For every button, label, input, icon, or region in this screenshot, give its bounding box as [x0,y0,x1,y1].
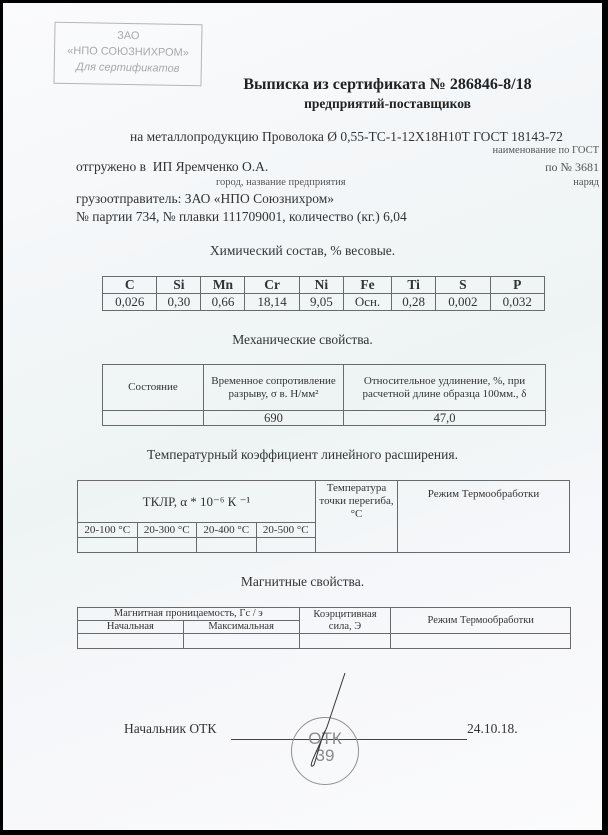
col-state: Состояние [103,365,204,411]
order-caption: наряд [573,177,599,188]
range-value [256,538,316,553]
document-title: Выписка из сертификата № 286846-8/18 [3,76,602,94]
signature-date: 24.10.18. [467,721,518,737]
batch-line: № партии 734, № плавки 111709001, количе… [76,209,407,225]
magnetic-title: Магнитные свойства. [3,574,602,590]
shipment-label: отгружено в [76,159,146,174]
state-value [103,411,204,426]
chemical-table: CSiMnCrNiFeTiSP 0,0260,300,6618,149,05Ос… [102,276,545,311]
element-mn: Mn [201,277,245,294]
shipper-line: грузоотправитель: ЗАО «НПО Союзнихром» [76,191,334,207]
value-ni: 9,05 [299,294,343,311]
mechanical-title: Механические свойства. [3,332,602,348]
recipient-caption: город, название предприятия [216,177,346,188]
col-elongation: Относительное удлинение, %, при расчетно… [344,365,546,411]
document-subtitle: предприятий-поставщиков [3,96,602,112]
col-maximal: Максимальная [183,621,299,634]
range-header: 20-500 °С [256,523,316,538]
element-ti: Ti [392,277,436,294]
recipient: ИП Яремченко О.А. [153,159,268,174]
magnetic-value [78,634,184,649]
range-header: 20-100 °С [78,523,138,538]
magnetic-value [391,634,571,649]
range-value [78,538,138,553]
thermal-table: ТКЛР, α * 10⁻⁶ К ⁻¹ Температура точки пе… [77,480,570,553]
value-cr: 18,14 [245,294,299,311]
value-p: 0,032 [490,294,544,311]
element-c: C [103,277,157,294]
thermal-title: Температурный коэффициент линейного расш… [3,447,602,463]
signatory-label: Начальник ОТК [124,721,216,737]
magnetic-value [299,634,391,649]
value-ti: 0,28 [392,294,436,311]
element-p: P [490,277,544,294]
col-strength: Временное сопротивление разрыву, σ в. Н/… [204,365,344,411]
chemical-title: Химический состав, % весовые. [3,243,602,259]
value-fe: Осн. [343,294,391,311]
col-bend: Температура точки перегиба, °С [316,481,398,553]
mechanical-table: Состояние Временное сопротивление разрыв… [102,364,546,426]
value-s: 0,002 [436,294,490,311]
value-si: 0,30 [157,294,201,311]
order-number: по № 3681 [545,160,599,175]
element-ni: Ni [299,277,343,294]
range-header: 20-400 °С [197,523,257,538]
strength-value: 690 [204,411,344,426]
magnetic-value [183,634,299,649]
range-value [137,538,197,553]
col-permeability: Магнитная проницаемость, Гс / э [78,608,300,621]
col-initial: Начальная [78,621,184,634]
product-line: на металлопродукцию Проволока Ø 0,55-ТС-… [130,129,563,145]
range-value [197,538,257,553]
col-mode: Режим Термообработки [391,608,571,634]
element-si: Si [157,277,201,294]
element-fe: Fe [343,277,391,294]
element-cr: Cr [245,277,299,294]
value-c: 0,026 [103,294,157,311]
certificate-page: ЗАО «НПО СОЮЗНИХРОМ» Для сертификатов Вы… [3,3,602,830]
element-s: S [436,277,490,294]
magnetic-table: Магнитная проницаемость, Гс / э Коэрцити… [77,607,571,649]
col-tklr: ТКЛР, α * 10⁻⁶ К ⁻¹ [78,481,316,523]
product-caption: наименование по ГОСТ [492,145,599,156]
stamp-line-3: Для сертификатов [55,59,201,78]
signature-mark [283,669,353,779]
elongation-value: 47,0 [344,411,546,426]
value-mn: 0,66 [201,294,245,311]
range-header: 20-300 °С [137,523,197,538]
col-coercive: Коэрцитивная сила, Э [299,608,391,634]
shipment-line: отгружено в ИП Яремченко О.А. [76,159,268,175]
col-mode: Режим Термообработки [398,481,570,553]
